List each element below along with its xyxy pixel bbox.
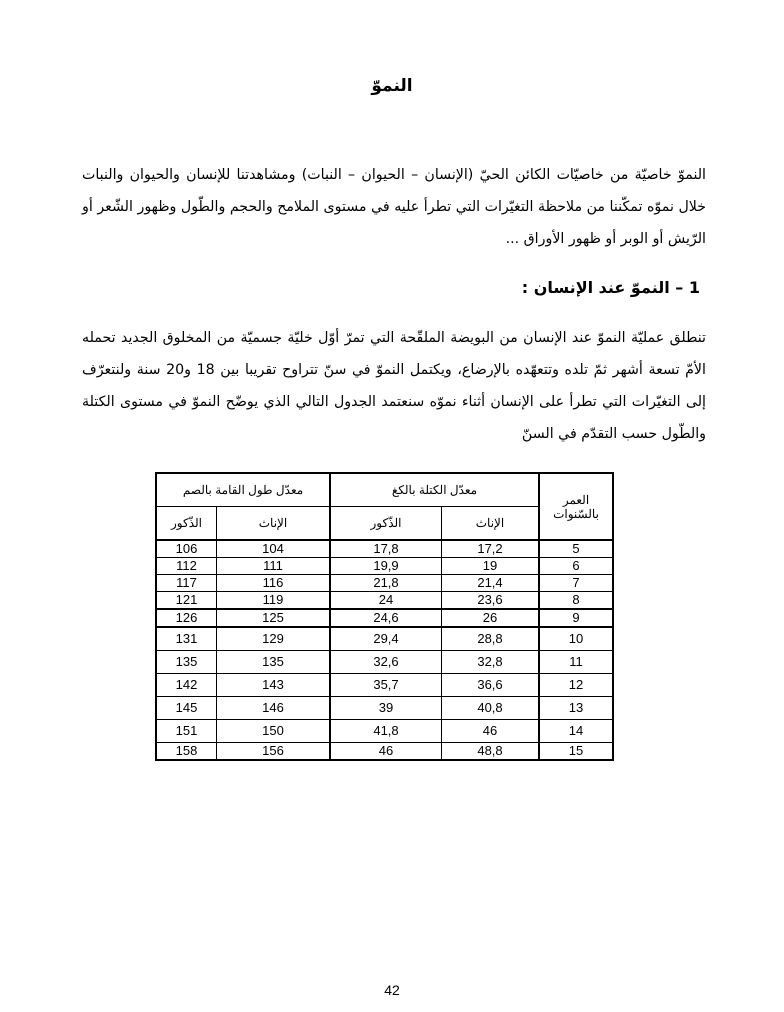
cell-age: 8 (539, 592, 613, 610)
cell-height-male: 158 (156, 743, 217, 761)
cell-height-female: 116 (217, 575, 331, 592)
cell-mass-female: 36,6 (442, 674, 540, 697)
table-row: 8 23,6 24 119 121 (156, 592, 613, 610)
cell-height-male: 145 (156, 697, 217, 720)
cell-height-male: 121 (156, 592, 217, 610)
cell-age: 11 (539, 651, 613, 674)
cell-mass-male: 35,7 (330, 674, 442, 697)
intro-paragraph: النموّ خاصيّة من خاصيّات الكائن الحيّ (ا… (82, 159, 706, 255)
cell-height-male: 151 (156, 720, 217, 743)
header-mass-group: معدّل الكتلة بالكغ (330, 473, 539, 507)
cell-mass-male: 39 (330, 697, 442, 720)
table-row: 6 19 19,9 111 112 (156, 558, 613, 575)
cell-height-female: 156 (217, 743, 331, 761)
cell-height-male: 131 (156, 627, 217, 651)
page-title: النموّ (0, 76, 784, 96)
cell-age: 6 (539, 558, 613, 575)
header-height-females: الإناث (217, 507, 331, 541)
cell-mass-female: 28,8 (442, 627, 540, 651)
cell-mass-male: 19,9 (330, 558, 442, 575)
cell-mass-female: 23,6 (442, 592, 540, 610)
cell-height-female: 111 (217, 558, 331, 575)
cell-height-male: 117 (156, 575, 217, 592)
cell-age: 5 (539, 540, 613, 558)
cell-mass-male: 21,8 (330, 575, 442, 592)
header-height-males: الذّكور (156, 507, 217, 541)
cell-age: 15 (539, 743, 613, 761)
table-row: 14 46 41,8 150 151 (156, 720, 613, 743)
header-age: العمر بالسّنوات (539, 473, 613, 540)
cell-height-male: 135 (156, 651, 217, 674)
cell-height-female: 129 (217, 627, 331, 651)
table-row: 15 48,8 46 156 158 (156, 743, 613, 761)
cell-mass-female: 48,8 (442, 743, 540, 761)
header-height-group: معدّل طول القامة بالصم (156, 473, 330, 507)
table-row: 12 36,6 35,7 143 142 (156, 674, 613, 697)
cell-height-male: 112 (156, 558, 217, 575)
header-mass-females: الإناث (442, 507, 540, 541)
table-row: 7 21,4 21,8 116 117 (156, 575, 613, 592)
cell-height-female: 104 (217, 540, 331, 558)
cell-mass-male: 29,4 (330, 627, 442, 651)
cell-height-female: 135 (217, 651, 331, 674)
cell-height-female: 143 (217, 674, 331, 697)
cell-mass-female: 21,4 (442, 575, 540, 592)
cell-mass-female: 19 (442, 558, 540, 575)
table-row: 11 32,8 32,6 135 135 (156, 651, 613, 674)
cell-height-female: 150 (217, 720, 331, 743)
section-heading: 1 – النموّ عند الإنسان : (522, 278, 700, 297)
cell-mass-male: 32,6 (330, 651, 442, 674)
page-number: 42 (0, 982, 784, 998)
cell-height-female: 119 (217, 592, 331, 610)
table-row: 13 40,8 39 146 145 (156, 697, 613, 720)
table-row: 10 28,8 29,4 129 131 (156, 627, 613, 651)
cell-height-female: 146 (217, 697, 331, 720)
cell-age: 12 (539, 674, 613, 697)
cell-mass-female: 32,8 (442, 651, 540, 674)
cell-height-male: 106 (156, 540, 217, 558)
header-mass-males: الذّكور (330, 507, 442, 541)
cell-age: 10 (539, 627, 613, 651)
cell-mass-male: 41,8 (330, 720, 442, 743)
growth-table-container: العمر بالسّنوات معدّل الكتلة بالكغ معدّل… (155, 472, 614, 761)
cell-mass-male: 46 (330, 743, 442, 761)
cell-age: 7 (539, 575, 613, 592)
cell-mass-female: 40,8 (442, 697, 540, 720)
table-row: 9 26 24,6 125 126 (156, 609, 613, 627)
table-row: 5 17,2 17,8 104 106 (156, 540, 613, 558)
cell-mass-male: 17,8 (330, 540, 442, 558)
cell-age: 13 (539, 697, 613, 720)
cell-height-male: 142 (156, 674, 217, 697)
cell-mass-female: 46 (442, 720, 540, 743)
cell-age: 9 (539, 609, 613, 627)
cell-height-female: 125 (217, 609, 331, 627)
cell-mass-female: 17,2 (442, 540, 540, 558)
cell-mass-female: 26 (442, 609, 540, 627)
section-paragraph: تنطلق عمليّة النموّ عند الإنسان من البوي… (82, 322, 706, 450)
cell-height-male: 126 (156, 609, 217, 627)
cell-age: 14 (539, 720, 613, 743)
cell-mass-male: 24,6 (330, 609, 442, 627)
cell-mass-male: 24 (330, 592, 442, 610)
growth-table: العمر بالسّنوات معدّل الكتلة بالكغ معدّل… (155, 472, 614, 761)
